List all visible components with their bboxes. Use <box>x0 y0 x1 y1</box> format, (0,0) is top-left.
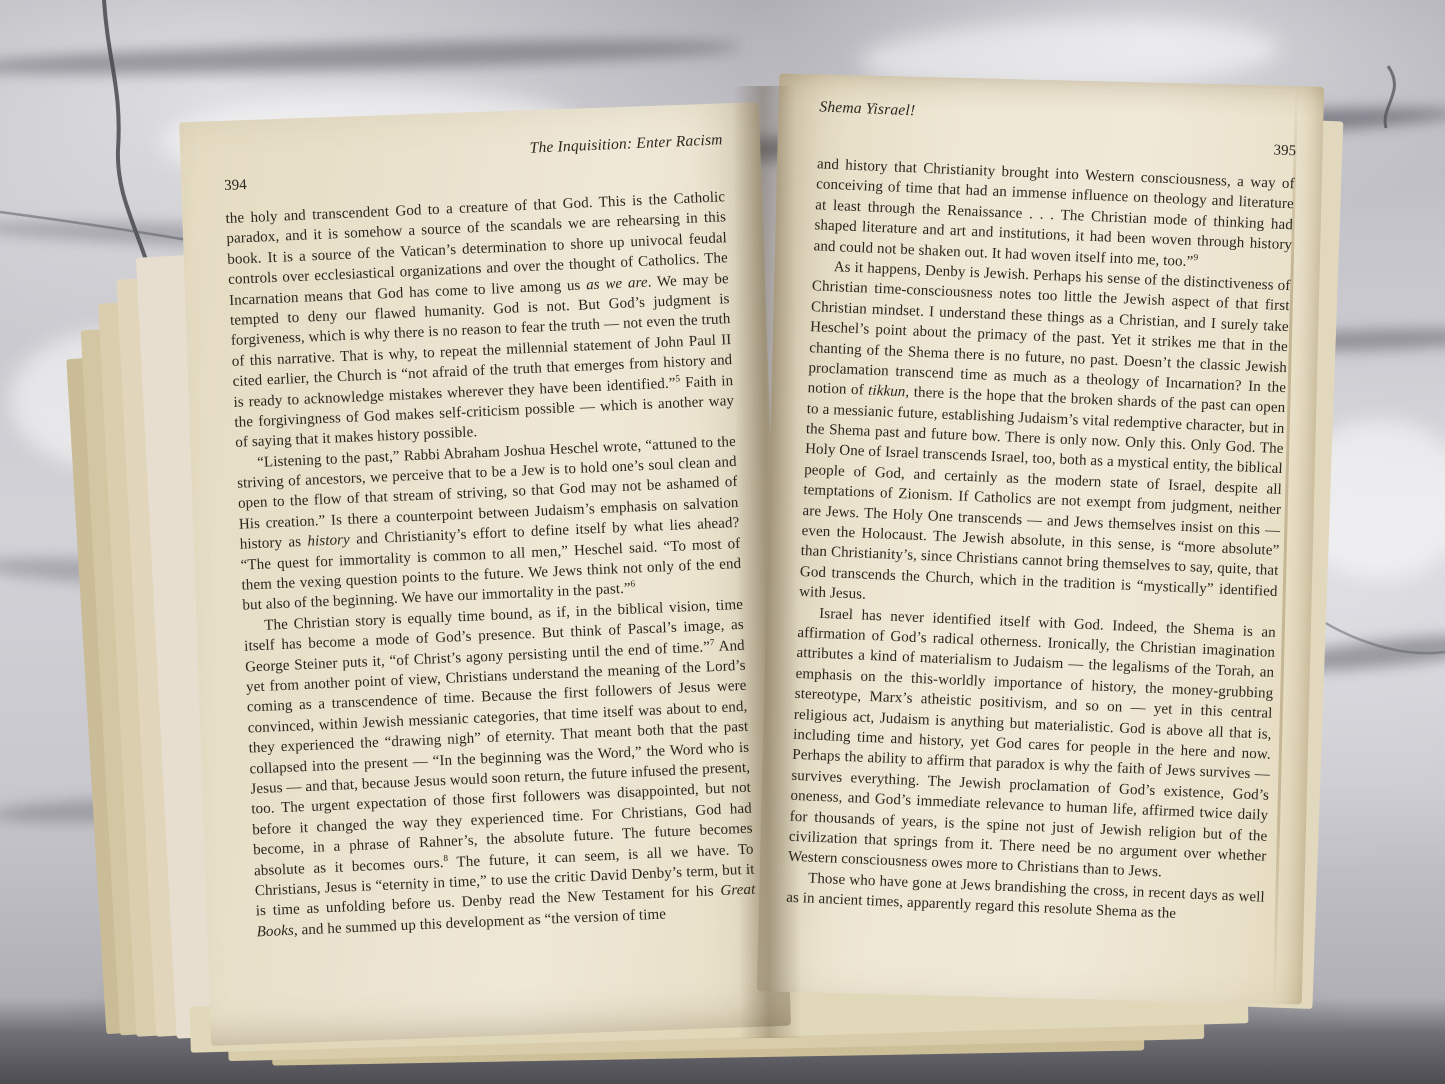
running-head-title: The Inquisition: Enter Racism <box>529 131 723 157</box>
text-run: As it happens, Denby is Jewish. Perhaps … <box>807 259 1290 399</box>
book-photo-scene: The Inquisition: Enter Racism 394 the ho… <box>0 0 1445 1084</box>
paragraph: “Listening to the past,” Rabbi Abraham J… <box>236 432 743 617</box>
text-run: Israel has never identified itself with … <box>788 605 1276 880</box>
left-page: The Inquisition: Enter Racism 394 the ho… <box>179 102 791 1046</box>
left-page-text: the holy and transcendent God to a creat… <box>225 187 757 942</box>
page-number: 394 <box>224 177 247 195</box>
right-page: Shema Yisrael! 395 and history that Chri… <box>757 73 1324 1004</box>
text-run: history <box>307 532 350 550</box>
footnote-reference: 9 <box>1193 253 1198 263</box>
paragraph: and history that Christianity brought in… <box>813 154 1295 276</box>
text-run: tikkun, <box>868 383 910 401</box>
text-run: as we are <box>586 274 648 293</box>
paragraph: the holy and transcendent God to a creat… <box>225 187 735 453</box>
paragraph: As it happens, Denby is Jewish. Perhaps … <box>799 256 1291 622</box>
paragraph: Israel has never identified itself with … <box>788 603 1277 888</box>
brick-mortar-line <box>0 34 740 80</box>
footnote-reference: 6 <box>630 580 635 590</box>
text-run: And yet from another point of view, Chri… <box>246 637 753 879</box>
text-run: and history that Christianity brought in… <box>813 156 1295 269</box>
page-number: 395 <box>1273 142 1296 160</box>
text-run: the holy and transcendent God to a creat… <box>225 189 728 308</box>
text-run: there is the hope that the broken shards… <box>799 385 1286 603</box>
running-head-title: Shema Yisrael! <box>819 98 916 120</box>
paragraph: The Christian story is equally time boun… <box>243 595 757 943</box>
right-page-text: and history that Christianity brought in… <box>786 154 1295 928</box>
